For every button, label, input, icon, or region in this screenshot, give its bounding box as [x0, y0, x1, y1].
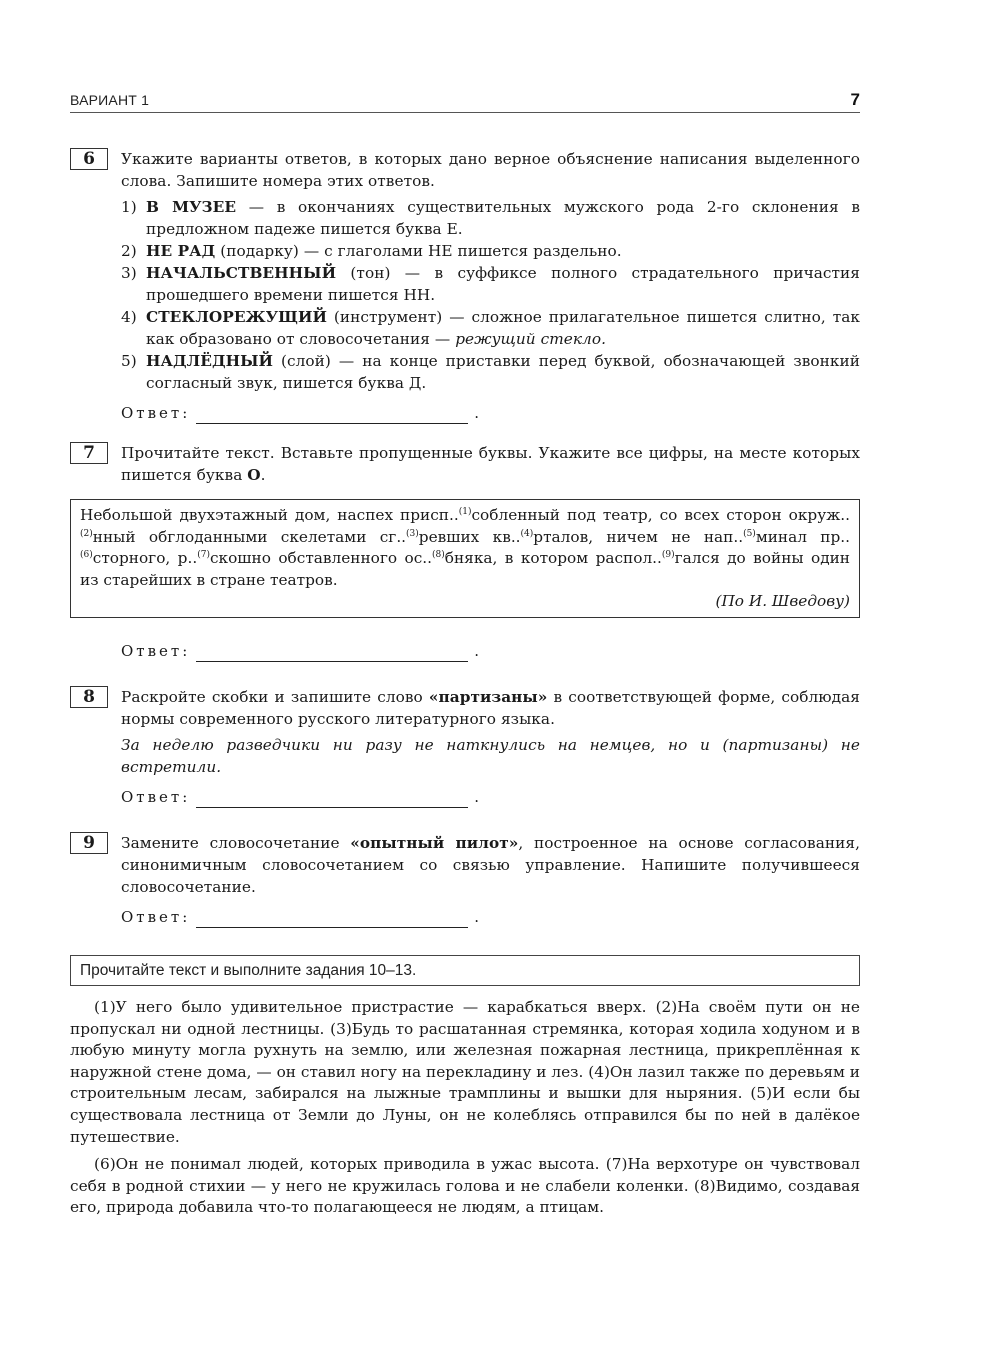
page-header: ВАРИАНТ 1 7 — [70, 90, 860, 113]
highlighted-word: В МУЗЕЕ — [146, 198, 236, 216]
gap-marker: (6) — [80, 550, 93, 560]
gap-marker: (3) — [406, 529, 419, 539]
answer-label: Ответ: — [121, 906, 190, 928]
option-3: 3)НАЧАЛЬСТВЕННЫЙ (тон) — в суффиксе полн… — [121, 262, 860, 306]
answer-field[interactable] — [196, 645, 468, 662]
task-9: 9 Замените словосочетание «опытный пилот… — [70, 832, 860, 928]
task-8: 8 Раскройте скобки и запишите слово «пар… — [70, 686, 860, 808]
gap-marker: (4) — [521, 529, 534, 539]
task-number: 8 — [70, 686, 108, 708]
option-5: 5)НАДЛЁДНЫЙ (слой) — на конце приставки … — [121, 350, 860, 394]
answer-label: Ответ: — [121, 786, 190, 808]
task-7-answer: Ответ: . — [70, 640, 860, 662]
gap-marker: (7) — [197, 550, 210, 560]
option-1: 1)В МУЗЕЕ — в окончаниях существительных… — [121, 196, 860, 240]
task-prompt: Замените словосочетание «опытный пилот»,… — [121, 832, 860, 898]
gap-marker: (2) — [80, 529, 93, 539]
gap-marker: (1) — [459, 507, 472, 517]
task-7: 7 Прочитайте текст. Вставьте пропущенные… — [70, 442, 860, 486]
page-number: 7 — [851, 90, 860, 110]
option-4: 4)СТЕКЛОРЕЖУЩИЙ (инструмент) — сложное п… — [121, 306, 860, 350]
reading-paragraph: (6)Он не понимал людей, которых приводил… — [70, 1154, 860, 1219]
option-2: 2)НЕ РАД (подарку) — с глаголами НЕ пише… — [121, 240, 860, 262]
gap-marker: (8) — [432, 550, 445, 560]
task-prompt: Прочитайте текст. Вставьте пропущенные б… — [121, 442, 860, 486]
answer-label: Ответ: — [121, 640, 190, 662]
answer-row: Ответ: . — [121, 906, 860, 928]
variant-label: ВАРИАНТ 1 — [70, 92, 149, 108]
gap-marker: (9) — [662, 550, 675, 560]
gap-text: Небольшой двухэтажный дом, наспех присп.… — [80, 505, 850, 591]
task-7-text-box: Небольшой двухэтажный дом, наспех присп.… — [70, 499, 860, 618]
task-6: 6 Укажите варианты ответов, в которых да… — [70, 148, 860, 424]
highlighted-word: НЕ РАД — [146, 242, 215, 260]
task-prompt: Раскройте скобки и запишите слово «парти… — [121, 686, 860, 730]
reading-text: (1)У него было удивительное пристрастие … — [70, 997, 860, 1219]
highlighted-word: СТЕКЛОРЕЖУЩИЙ — [146, 308, 327, 326]
answer-field[interactable] — [196, 407, 468, 424]
gap-marker: (5) — [743, 529, 756, 539]
answer-field[interactable] — [196, 911, 468, 928]
answer-row: Ответ: . — [121, 786, 860, 808]
task-number: 9 — [70, 832, 108, 854]
highlighted-word: НАДЛЁДНЫЙ — [146, 352, 273, 370]
text-source: (По И. Шведову) — [80, 591, 850, 613]
reading-paragraph: (1)У него было удивительное пристрастие … — [70, 997, 860, 1148]
example-sentence: За неделю разведчики ни разу не наткнули… — [121, 736, 860, 776]
answer-label: Ответ: — [121, 402, 190, 424]
task-number: 6 — [70, 148, 108, 170]
instruction-box: Прочитайте текст и выполните задания 10–… — [70, 955, 860, 986]
answer-row: Ответ: . — [121, 640, 860, 662]
task-prompt: Укажите варианты ответов, в которых дано… — [121, 148, 860, 192]
answer-options: 1)В МУЗЕЕ — в окончаниях существительных… — [121, 196, 860, 394]
task-number: 7 — [70, 442, 108, 464]
answer-field[interactable] — [196, 791, 468, 808]
answer-row: Ответ: . — [121, 402, 860, 424]
highlighted-word: НАЧАЛЬСТВЕННЫЙ — [146, 264, 336, 282]
